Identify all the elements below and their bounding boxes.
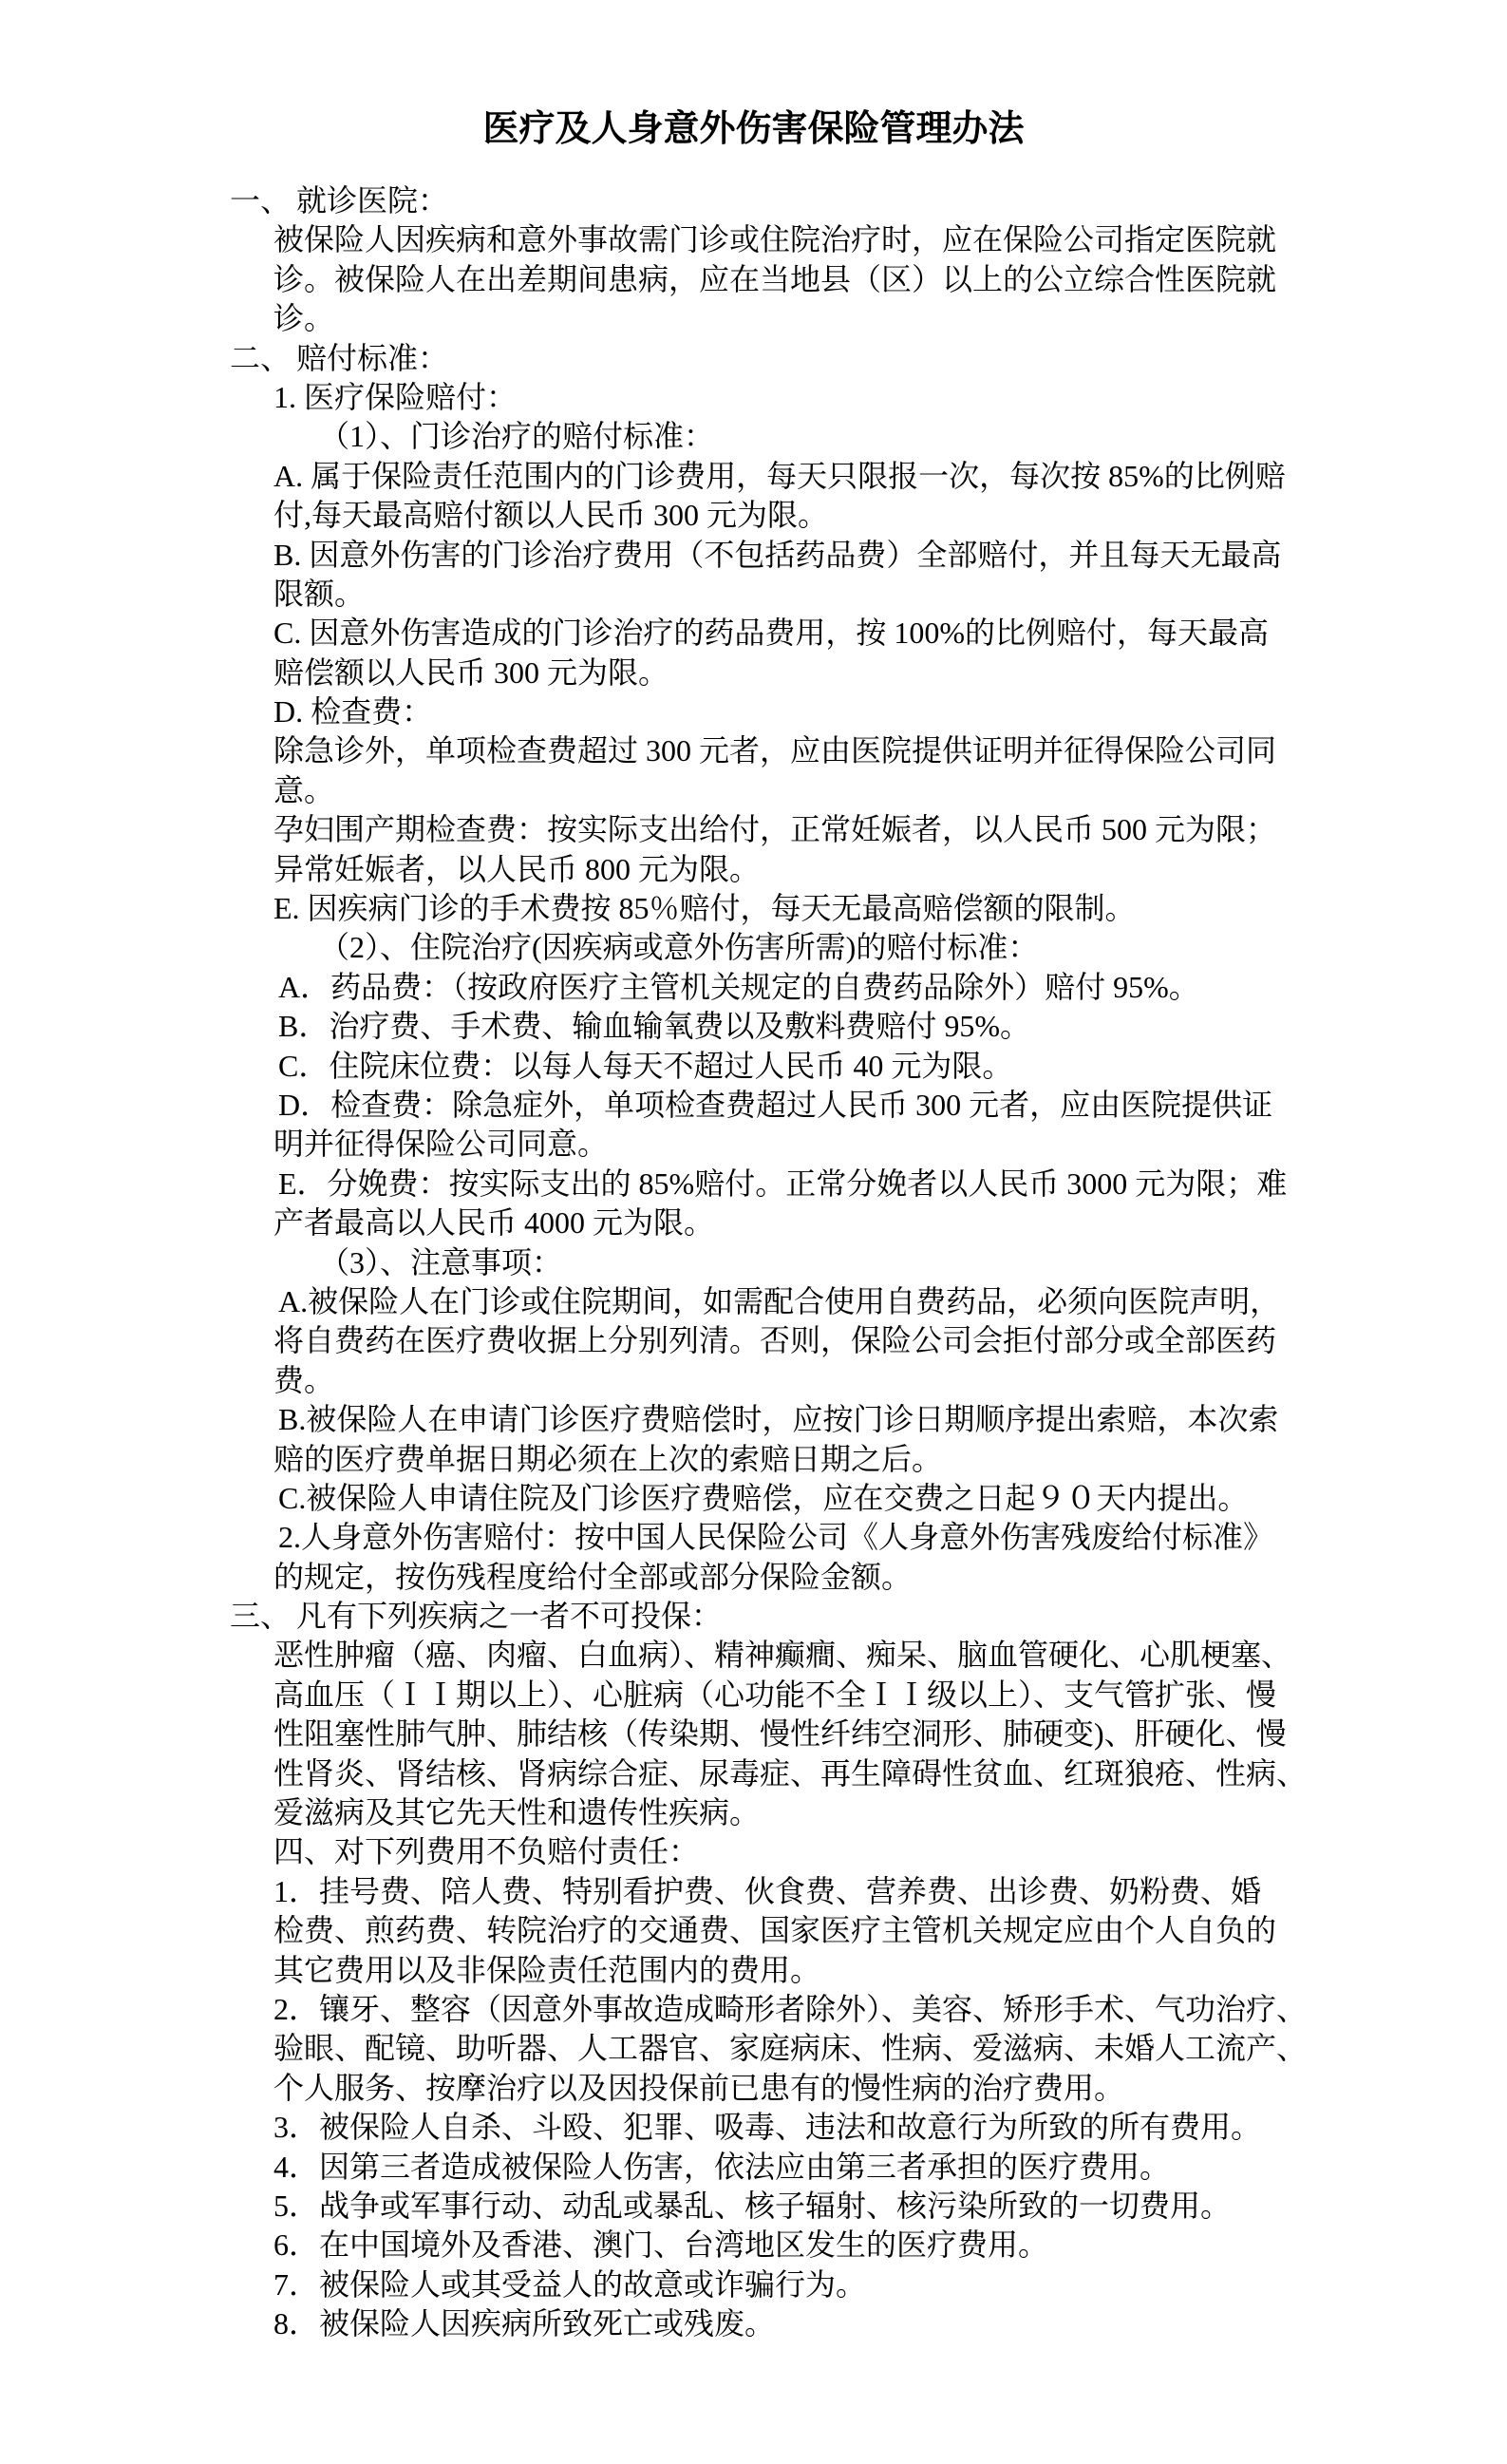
document-line: 2．镶牙、整容（因意外事故造成畸形者除外）、美容、矫形手术、气功治疗、 (0, 1990, 1507, 2029)
document-line: 6．在中国境外及香港、澳门、台湾地区发生的医疗费用。 (0, 2226, 1507, 2265)
line-text: A.被保险人在门诊或住院期间，如需配合使用自费药品，必须向医院声明， (278, 1284, 1280, 1318)
document-line: 个人服务、按摩治疗以及因投保前已患有的慢性病的治疗费用。 (0, 2069, 1507, 2108)
line-text: A. 属于保险责任范围内的门诊费用，每天只限报一次，每次按 85%的比例赔 (273, 459, 1286, 493)
line-text: 孕妇围产期检查费：按实际支出给付，正常妊娠者，以人民币 500 元为限； (273, 812, 1276, 846)
line-text: B. 因意外伤害的门诊治疗费用（不包括药品费）全部赔付，并且每天无最高 (273, 538, 1281, 572)
document-line: 赔偿额以人民币 300 元为限。 (0, 654, 1507, 692)
line-text: D．检查费：除急症外，单项检查费超过人民币 300 元者，应由医院提供证 (278, 1088, 1272, 1122)
line-text: 将自费药在医疗费收据上分别列清。否则，保险公司会拒付部分或全部医药 (273, 1323, 1276, 1357)
document-line: 将自费药在医疗费收据上分别列清。否则，保险公司会拒付部分或全部医药 (0, 1321, 1507, 1360)
document-line: 付,每天最高赔付额以人民币 300 元为限。 (0, 496, 1507, 535)
line-text: E. 因疾病门诊的手术费按 85％赔付，每天无最高赔偿额的限制。 (273, 891, 1136, 925)
document-line: 产者最高以人民币 4000 元为限。 (0, 1204, 1507, 1242)
document-line: 二、赔付标准： (0, 339, 1507, 378)
document-line: 7．被保险人或其受益人的故意或诈骗行为。 (0, 2265, 1507, 2304)
document-line: 8．被保险人因疾病所致死亡或残废。 (0, 2304, 1507, 2343)
document-line: 其它费用以及非保险责任范围内的费用。 (0, 1951, 1507, 1990)
document-line: 赔的医疗费单据日期必须在上次的索赔日期之后。 (0, 1440, 1507, 1479)
document-line: 检费、煎药费、转院治疗的交通费、国家医疗主管机关规定应由个人自负的 (0, 1911, 1507, 1950)
line-text: B.被保险人在申请门诊医疗费赔偿时，应按门诊日期顺序提出索赔，本次索 (278, 1402, 1278, 1436)
document-line: 除急诊外，单项检查费超过 300 元者，应由医院提供证明并征得保险公司同 (0, 731, 1507, 770)
document-line: C. 因意外伤害造成的门诊治疗的药品费用，按 100%的比例赔付，每天最高 (0, 614, 1507, 653)
document-line: 孕妇围产期检查费：按实际支出给付，正常妊娠者，以人民币 500 元为限； (0, 810, 1507, 849)
document-line: C．住院床位费：以每人每天不超过人民币 40 元为限。 (0, 1047, 1507, 1086)
document-line: 被保险人因疾病和意外事故需门诊或住院治疗时，应在保险公司指定医院就 (0, 220, 1507, 259)
line-text: 赔付标准： (296, 341, 448, 375)
document-line: 高血压（ＩＩ期以上）、心脏病（心功能不全ＩＩ级以上）、支气管扩张、慢 (0, 1676, 1507, 1715)
line-text: 四、对下列费用不负赔付责任： (273, 1834, 699, 1868)
line-text: 赔偿额以人民币 300 元为限。 (273, 655, 669, 690)
document-line: 2.人身意外伤害赔付：按中国人民保险公司《人身意外伤害残废给付标准》 (0, 1518, 1507, 1557)
line-text: 1．挂号费、陪人费、特别看护费、伙食费、营养费、出诊费、奶粉费、婚 (273, 1874, 1261, 1908)
document-line: B.被保险人在申请门诊医疗费赔偿时，应按门诊日期顺序提出索赔，本次索 (0, 1400, 1507, 1439)
document-line: 1．挂号费、陪人费、特别看护费、伙食费、营养费、出诊费、奶粉费、婚 (0, 1872, 1507, 1911)
line-text: 其它费用以及非保险责任范围内的费用。 (273, 1953, 820, 1987)
document-line: 意。 (0, 771, 1507, 810)
section-marker: 一、 (230, 181, 296, 220)
document-line: 限额。 (0, 575, 1507, 614)
document-line: 恶性肿瘤（癌、肉瘤、白血病）、精神癫癎、痴呆、脑血管硬化、心肌梗塞、 (0, 1636, 1507, 1675)
document-line: B．治疗费、手术费、输血输氧费以及敷料费赔付 95%。 (0, 1007, 1507, 1046)
document-line: 验眼、配镜、助听器、人工器官、家庭病床、性病、爱滋病、未婚人工流产、 (0, 2029, 1507, 2068)
line-text: 的规定，按伤残程度给付全部或部分保险金额。 (273, 1560, 912, 1594)
line-text: 性肾炎、肾结核、肾病综合症、尿毒症、再生障碍性贫血、红斑狼疮、性病、 (273, 1756, 1307, 1791)
line-text: A．药品费：（按政府医疗主管机关规定的自费药品除外）赔付 95%。 (278, 970, 1199, 1004)
line-text: （1）、门诊治疗的赔付标准： (319, 419, 714, 453)
line-text: 7．被保险人或其受益人的故意或诈骗行为。 (273, 2267, 866, 2302)
line-text: 6．在中国境外及香港、澳门、台湾地区发生的医疗费用。 (273, 2227, 1048, 2262)
document-line: D．检查费：除急症外，单项检查费超过人民币 300 元者，应由医院提供证 (0, 1086, 1507, 1125)
line-text: D. 检查费： (273, 694, 432, 729)
document-line: 1. 医疗保险赔付： (0, 378, 1507, 417)
document-line: E．分娩费：按实际支出的 85%赔付。正常分娩者以人民币 3000 元为限；难 (0, 1165, 1507, 1204)
line-text: 5．战争或军事行动、动乱或暴乱、核子辐射、核污染所致的一切费用。 (273, 2189, 1231, 2223)
document-line: B. 因意外伤害的门诊治疗费用（不包括药品费）全部赔付，并且每天无最高 (0, 536, 1507, 575)
line-text: C．住院床位费：以每人每天不超过人民币 40 元为限。 (278, 1049, 1012, 1083)
document-line: A.被保险人在门诊或住院期间，如需配合使用自费药品，必须向医院声明， (0, 1282, 1507, 1321)
document-line: 爱滋病及其它先天性和遗传性疾病。 (0, 1793, 1507, 1832)
document-line: 一、就诊医院： (0, 181, 1507, 220)
document-line: 4．因第三者造成被保险人伤害，依法应由第三者承担的医疗费用。 (0, 2148, 1507, 2187)
line-text: 恶性肿瘤（癌、肉瘤、白血病）、精神癫癎、痴呆、脑血管硬化、心肌梗塞、 (273, 1638, 1291, 1672)
line-text: E．分娩费：按实际支出的 85%赔付。正常分娩者以人民币 3000 元为限；难 (278, 1166, 1287, 1201)
document-line: 性肾炎、肾结核、肾病综合症、尿毒症、再生障碍性贫血、红斑狼疮、性病、 (0, 1754, 1507, 1793)
document-line: A．药品费：（按政府医疗主管机关规定的自费药品除外）赔付 95%。 (0, 968, 1507, 1007)
line-text: C. 因意外伤害造成的门诊治疗的药品费用，按 100%的比例赔付，每天最高 (273, 616, 1269, 650)
document-line: 异常妊娠者，以人民币 800 元为限。 (0, 850, 1507, 889)
line-text: 3．被保险人自杀、斗殴、犯罪、吸毒、违法和故意行为所致的所有费用。 (273, 2110, 1261, 2144)
document-line: 四、对下列费用不负赔付责任： (0, 1832, 1507, 1871)
line-text: （2）、住院治疗(因疾病或意外伤害所需)的赔付标准： (319, 930, 1038, 964)
line-text: （3）、注意事项： (319, 1245, 562, 1279)
line-text: C.被保险人申请住院及门诊医疗费赔偿，应在交费之日起９０天内提出。 (278, 1481, 1248, 1515)
line-text: 检费、煎药费、转院治疗的交通费、国家医疗主管机关规定应由个人自负的 (273, 1913, 1276, 1947)
line-text: 限额。 (273, 577, 365, 611)
line-text: 除急诊外，单项检查费超过 300 元者，应由医院提供证明并征得保险公司同 (273, 733, 1276, 768)
document-line: 明并征得保险公司同意。 (0, 1125, 1507, 1164)
document-line: A. 属于保险责任范围内的门诊费用，每天只限报一次，每次按 85%的比例赔 (0, 457, 1507, 496)
line-text: 4．因第三者造成被保险人伤害，依法应由第三者承担的医疗费用。 (273, 2150, 1170, 2184)
document-page: 医疗及人身意外伤害保险管理办法 一、就诊医院：被保险人因疾病和意外事故需门诊或住… (0, 0, 1507, 2464)
document-line: 5．战争或军事行动、动乱或暴乱、核子辐射、核污染所致的一切费用。 (0, 2187, 1507, 2226)
line-text: 2．镶牙、整容（因意外事故造成畸形者除外）、美容、矫形手术、气功治疗、 (273, 1992, 1307, 2026)
line-text: 个人服务、按摩治疗以及因投保前已患有的慢性病的治疗费用。 (273, 2071, 1124, 2105)
line-text: 产者最高以人民币 4000 元为限。 (273, 1205, 714, 1240)
document-line: 三、凡有下列疾病之一者不可投保： (0, 1597, 1507, 1636)
line-text: 凡有下列疾病之一者不可投保： (296, 1599, 722, 1633)
line-text: 1. 医疗保险赔付： (273, 380, 517, 414)
document-line: E. 因疾病门诊的手术费按 85％赔付，每天无最高赔偿额的限制。 (0, 889, 1507, 928)
document-line: （1）、门诊治疗的赔付标准： (0, 417, 1507, 456)
document-line: C.被保险人申请住院及门诊医疗费赔偿，应在交费之日起９０天内提出。 (0, 1479, 1507, 1518)
line-text: 意。 (273, 773, 334, 807)
line-text: 2.人身意外伤害赔付：按中国人民保险公司《人身意外伤害残废给付标准》 (278, 1520, 1273, 1554)
line-text: 明并征得保险公司同意。 (273, 1127, 608, 1161)
section-marker: 三、 (230, 1597, 296, 1636)
line-text: 诊。被保险人在出差期间患病，应在当地县（区）以上的公立综合性医院就 (273, 262, 1276, 296)
document-line: D. 检查费： (0, 692, 1507, 731)
document-line: 的规定，按伤残程度给付全部或部分保险金额。 (0, 1558, 1507, 1597)
document-line: 诊。被保险人在出差期间患病，应在当地县（区）以上的公立综合性医院就 (0, 260, 1507, 299)
line-text: 赔的医疗费单据日期必须在上次的索赔日期之后。 (273, 1442, 942, 1476)
document-title: 医疗及人身意外伤害保险管理办法 (0, 104, 1507, 154)
line-text: 高血压（ＩＩ期以上）、心脏病（心功能不全ＩＩ级以上）、支气管扩张、慢 (273, 1677, 1276, 1712)
line-text: 验眼、配镜、助听器、人工器官、家庭病床、性病、爱滋病、未婚人工流产、 (273, 2031, 1307, 2065)
line-text: 费。 (273, 1363, 334, 1397)
line-text: 诊。 (273, 301, 334, 335)
document-line: 费。 (0, 1361, 1507, 1400)
line-text: 性阻塞性肺气肿、肺结核（传染期、慢性纤纬空洞形、肺硬变)、肝硬化、慢 (273, 1716, 1287, 1751)
document-line: 性阻塞性肺气肿、肺结核（传染期、慢性纤纬空洞形、肺硬变)、肝硬化、慢 (0, 1715, 1507, 1753)
line-text: 付,每天最高赔付额以人民币 300 元为限。 (273, 498, 828, 532)
line-text: 异常妊娠者，以人民币 800 元为限。 (273, 852, 760, 886)
section-marker: 二、 (230, 339, 296, 378)
line-text: 8．被保险人因疾病所致死亡或残废。 (273, 2306, 775, 2341)
line-text: 就诊医院： (296, 183, 448, 218)
line-text: B．治疗费、手术费、输血输氧费以及敷料费赔付 95%。 (278, 1009, 1030, 1043)
document-line: （2）、住院治疗(因疾病或意外伤害所需)的赔付标准： (0, 928, 1507, 967)
document-line: 3．被保险人自杀、斗殴、犯罪、吸毒、违法和故意行为所致的所有费用。 (0, 2108, 1507, 2147)
document-line: （3）、注意事项： (0, 1243, 1507, 1282)
document-body: 一、就诊医院：被保险人因疾病和意外事故需门诊或住院治疗时，应在保险公司指定医院就… (0, 181, 1507, 2343)
line-text: 爱滋病及其它先天性和遗传性疾病。 (273, 1795, 760, 1829)
line-text: 被保险人因疾病和意外事故需门诊或住院治疗时，应在保险公司指定医院就 (273, 222, 1276, 256)
document-line: 诊。 (0, 299, 1507, 338)
